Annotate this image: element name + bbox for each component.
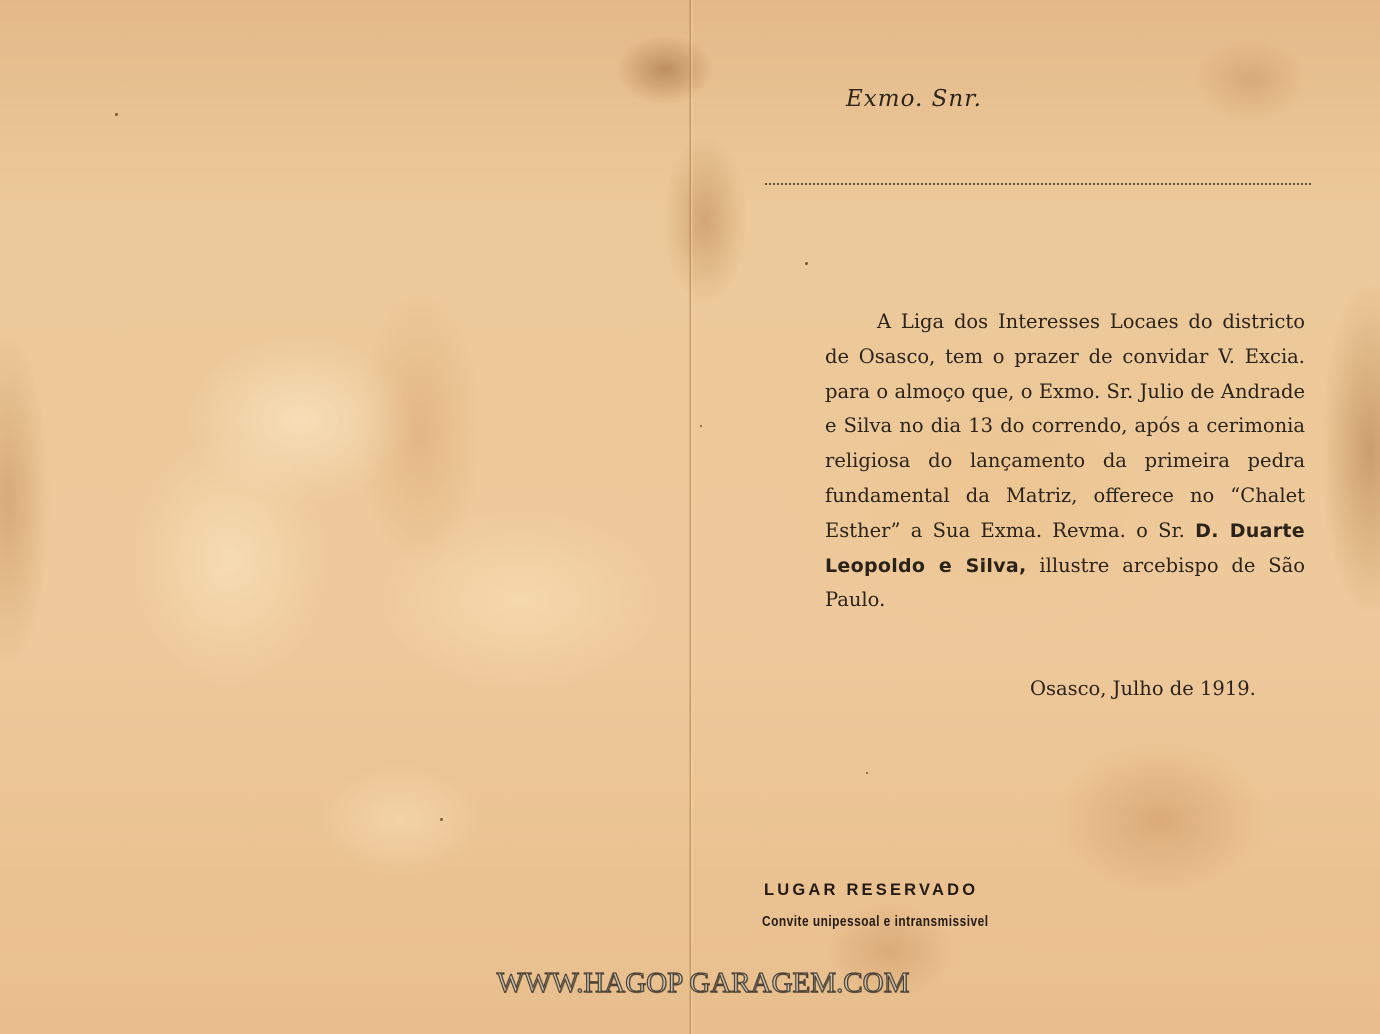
paper-speck	[115, 113, 118, 116]
paper-speck	[700, 425, 702, 427]
invitation-body: A Liga dos Interesses Locaes do district…	[825, 305, 1305, 618]
place-date: Osasco, Julho de 1919.	[1030, 677, 1256, 700]
body-text-part-1: A Liga dos Interesses Locaes do district…	[825, 310, 1305, 542]
reserved-seat-label: LUGAR RESERVADO	[764, 881, 978, 900]
recipient-name-line	[765, 183, 1311, 185]
salutation: Exmo. Snr.	[846, 86, 982, 112]
non-transferable-note: Convite unipessoal e intransmissivel	[762, 914, 989, 930]
paper-speck	[866, 772, 868, 774]
paper-speck	[440, 818, 443, 821]
paper-speck	[805, 262, 808, 265]
website-watermark: WWW.HAGOP GARAGEM.COM	[447, 967, 959, 1000]
invitation-panel: Exmo. Snr. A Liga dos Interesses Locaes …	[693, 0, 1380, 1034]
